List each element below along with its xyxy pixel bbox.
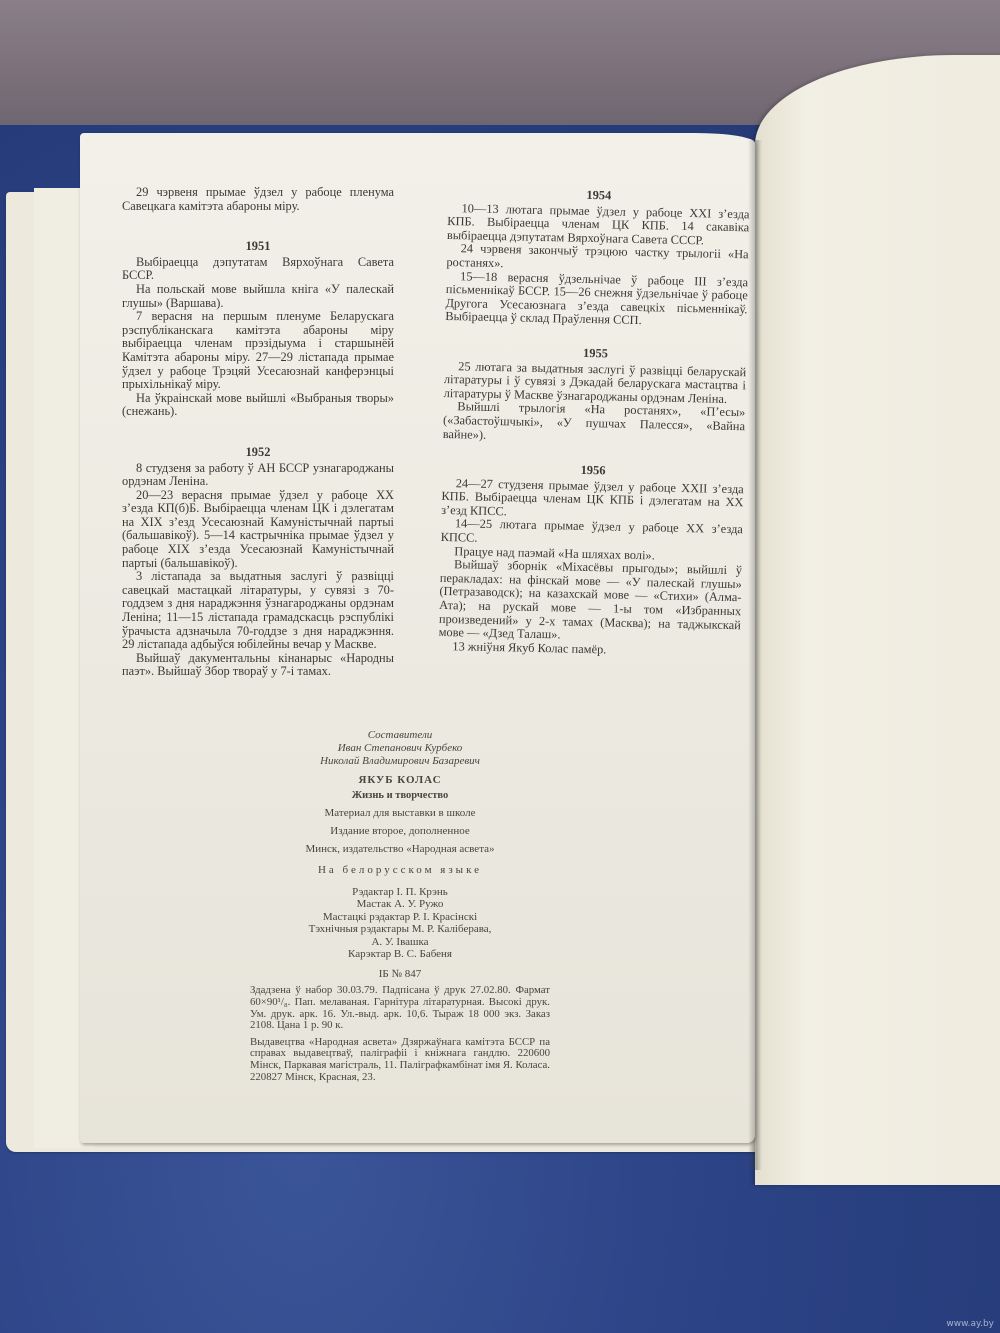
book-spine: [748, 140, 762, 1170]
year-heading: 1951: [122, 240, 394, 254]
credits-list: Рэдактар І. П. Крэнь Мастак А. У. Ружо М…: [250, 886, 550, 960]
paragraph: 8 студзеня за работу ў АН БССР узнагарод…: [122, 462, 394, 489]
credit-line: Мастак А. У. Ружо: [250, 898, 550, 910]
book-subtitle: Жизнь и творчество: [250, 789, 550, 802]
year-heading: 1952: [122, 446, 394, 460]
credit-line: Карэктар В. С. Бабеня: [250, 948, 550, 960]
paragraph: Выйшлі трылогія «На ростанях», «П’есы» (…: [443, 400, 746, 447]
credit-line: Тэхнічныя рэдактары М. Р. Каліберава,: [250, 923, 550, 935]
colophon: Составители Иван Степанович Курбеко Нико…: [250, 729, 550, 1083]
publisher-details: Выдавецтва «Народная асвета» Дзяржаўнага…: [250, 1037, 550, 1083]
print-details: Здадзена ў набор 30.03.79. Падпісана ў д…: [250, 985, 550, 1031]
ib-number: ІБ № 847: [250, 968, 550, 981]
compiler-name: Иван Степанович Курбеко: [250, 742, 550, 755]
paragraph: 15—18 верасня ўдзельнічае ў рабоце III з…: [445, 270, 748, 331]
paragraph: На ўкраінскай мове выйшлі «Выбраныя твор…: [122, 392, 394, 419]
facing-page-curled: [755, 55, 1000, 1185]
paragraph: 7 верасня на першым пленуме Беларускага …: [122, 310, 394, 392]
section-1955: 1955 25 лютага за выдатныя заслугі ў раз…: [443, 344, 747, 447]
publisher-line: Минск, издательство «Народная асвета»: [250, 843, 550, 856]
paragraph: Выйшаў зборнік «Міхасёвы прыгоды»; выйшл…: [438, 558, 742, 646]
paragraph: На польскай мове выйшла кніга «У палеска…: [122, 283, 394, 310]
intro-paragraph: 29 чэрвеня прымае ўдзел у рабоце пленума…: [122, 186, 394, 213]
book-title: ЯКУБ КОЛАС: [250, 774, 550, 787]
credit-line: Рэдактар І. П. Крэнь: [250, 886, 550, 898]
section-1951: 1951 Выбіраецца дэпутатам Вярхоўнага Сав…: [122, 240, 394, 419]
language-note: На белорусском языке: [250, 864, 550, 877]
material-note: Материал для выставки в школе: [250, 807, 550, 820]
section-1956: 1956 24—27 студзеня прымае ўдзел у рабоц…: [438, 461, 744, 660]
paragraph: 20—23 верасня прымае ўдзел у рабоце XX з…: [122, 489, 394, 571]
credit-line: А. У. Івашка: [250, 936, 550, 948]
paragraph: Выбіраецца дэпутатам Вярхоўнага Савета Б…: [122, 256, 394, 283]
section-1954: 1954 10—13 лютага прымае ўдзел у рабоце …: [445, 186, 750, 330]
paragraph: 3 лістапада за выдатныя заслугі ў развіц…: [122, 570, 394, 652]
chronology-right-column: 1954 10—13 лютага прымае ўдзел у рабоце …: [438, 186, 750, 660]
credit-line: Мастацкі рэдактар Р. І. Красінскі: [250, 911, 550, 923]
chronology-left-column: 29 чэрвеня прымае ўдзел у рабоце пленума…: [122, 186, 394, 679]
paragraph: Выйшаў дакументальны кінанарыс «Народны …: [122, 652, 394, 679]
compiler-name: Николай Владимирович Базаревич: [250, 755, 550, 768]
watermark: www.ay.by: [946, 1319, 994, 1329]
section-1952: 1952 8 студзеня за работу ў АН БССР узна…: [122, 446, 394, 679]
edition-note: Издание второе, дополненное: [250, 825, 550, 838]
compilers-label: Составители: [250, 729, 550, 742]
